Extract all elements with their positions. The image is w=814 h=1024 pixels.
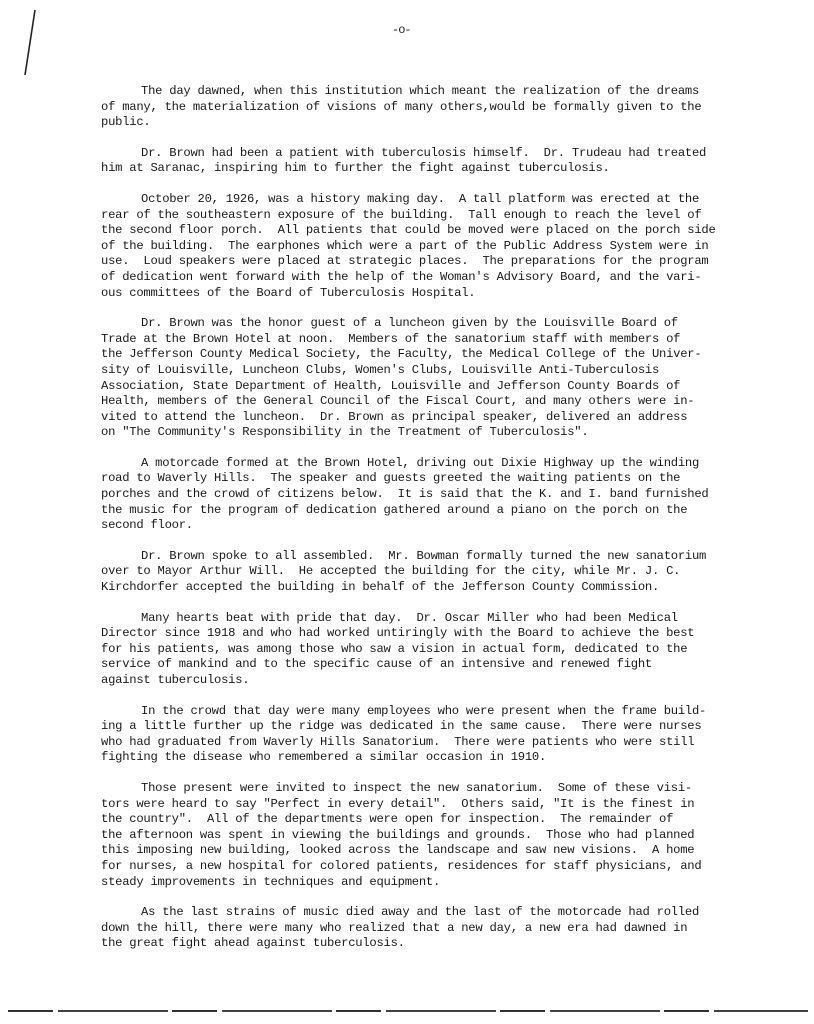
text-line: over to Mayor Arthur Will. He accepted t… xyxy=(101,564,771,580)
text-line: Director since 1918 and who had worked u… xyxy=(101,626,771,642)
text-line: the country". All of the departments wer… xyxy=(101,812,771,828)
text-line: the music for the program of dedication … xyxy=(101,503,771,519)
text-line: October 20, 1926, was a history making d… xyxy=(101,192,771,208)
text-line: him at Saranac, inspiring him to further… xyxy=(101,161,771,177)
document-body: The day dawned, when this institution wh… xyxy=(101,84,771,967)
text-line: second floor. xyxy=(101,518,771,534)
text-line: Dr. Brown spoke to all assembled. Mr. Bo… xyxy=(101,549,771,565)
paragraph: The day dawned, when this institution wh… xyxy=(101,84,771,131)
paragraph: Dr. Brown spoke to all assembled. Mr. Bo… xyxy=(101,549,771,596)
text-line: this imposing new building, looked acros… xyxy=(101,843,771,859)
pen-mark-icon xyxy=(8,5,68,80)
text-line: A motorcade formed at the Brown Hotel, d… xyxy=(101,456,771,472)
paragraph: Many hearts beat with pride that day. Dr… xyxy=(101,611,771,689)
text-line: for nurses, a new hospital for colored p… xyxy=(101,859,771,875)
page-marker: -o- xyxy=(392,23,411,37)
text-line: Dr. Brown had been a patient with tuberc… xyxy=(101,146,771,162)
footer-rule xyxy=(8,1010,808,1012)
text-line: the second floor porch. All patients tha… xyxy=(101,223,771,239)
text-line: Many hearts beat with pride that day. Dr… xyxy=(101,611,771,627)
text-line: Dr. Brown was the honor guest of a lunch… xyxy=(101,316,771,332)
text-line: public. xyxy=(101,115,771,131)
text-line: steady improvements in techniques and eq… xyxy=(101,875,771,891)
text-line: of dedication went forward with the help… xyxy=(101,270,771,286)
text-line: Those present were invited to inspect th… xyxy=(101,781,771,797)
paragraph: Those present were invited to inspect th… xyxy=(101,781,771,890)
text-line: ous committees of the Board of Tuberculo… xyxy=(101,286,771,302)
text-line: the Jefferson County Medical Society, th… xyxy=(101,347,771,363)
text-line: In the crowd that day were many employee… xyxy=(101,704,771,720)
paragraph: A motorcade formed at the Brown Hotel, d… xyxy=(101,456,771,534)
text-line: against tuberculosis. xyxy=(101,673,771,689)
text-line: vited to attend the luncheon. Dr. Brown … xyxy=(101,410,771,426)
text-line: Kirchdorfer accepted the building in beh… xyxy=(101,580,771,596)
text-line: road to Waverly Hills. The speaker and g… xyxy=(101,471,771,487)
text-line: Association, State Department of Health,… xyxy=(101,379,771,395)
text-line: of many, the materialization of visions … xyxy=(101,100,771,116)
text-line: on "The Community's Responsibility in th… xyxy=(101,425,771,441)
paragraph: Dr. Brown had been a patient with tuberc… xyxy=(101,146,771,177)
text-line: As the last strains of music died away a… xyxy=(101,905,771,921)
text-line: use. Loud speakers were placed at strate… xyxy=(101,254,771,270)
text-line: of the building. The earphones which wer… xyxy=(101,239,771,255)
text-line: Health, members of the General Council o… xyxy=(101,394,771,410)
text-line: down the hill, there were many who reali… xyxy=(101,921,771,937)
text-line: the afternoon was spent in viewing the b… xyxy=(101,828,771,844)
text-line: fighting the disease who remembered a si… xyxy=(101,750,771,766)
text-line: Trade at the Brown Hotel at noon. Member… xyxy=(101,332,771,348)
text-line: The day dawned, when this institution wh… xyxy=(101,84,771,100)
paragraph: As the last strains of music died away a… xyxy=(101,905,771,952)
text-line: porches and the crowd of citizens below.… xyxy=(101,487,771,503)
text-line: sity of Louisville, Luncheon Clubs, Wome… xyxy=(101,363,771,379)
text-line: ing a little further up the ridge was de… xyxy=(101,719,771,735)
document-page: -o- The day dawned, when this institutio… xyxy=(0,0,814,1024)
paragraph: Dr. Brown was the honor guest of a lunch… xyxy=(101,316,771,441)
text-line: for his patients, was among those who sa… xyxy=(101,642,771,658)
text-line: tors were heard to say "Perfect in every… xyxy=(101,797,771,813)
text-line: who had graduated from Waverly Hills San… xyxy=(101,735,771,751)
text-line: rear of the southeastern exposure of the… xyxy=(101,208,771,224)
paragraph: In the crowd that day were many employee… xyxy=(101,704,771,766)
paragraph: October 20, 1926, was a history making d… xyxy=(101,192,771,301)
text-line: service of mankind and to the specific c… xyxy=(101,657,771,673)
text-line: the great fight ahead against tuberculos… xyxy=(101,936,771,952)
